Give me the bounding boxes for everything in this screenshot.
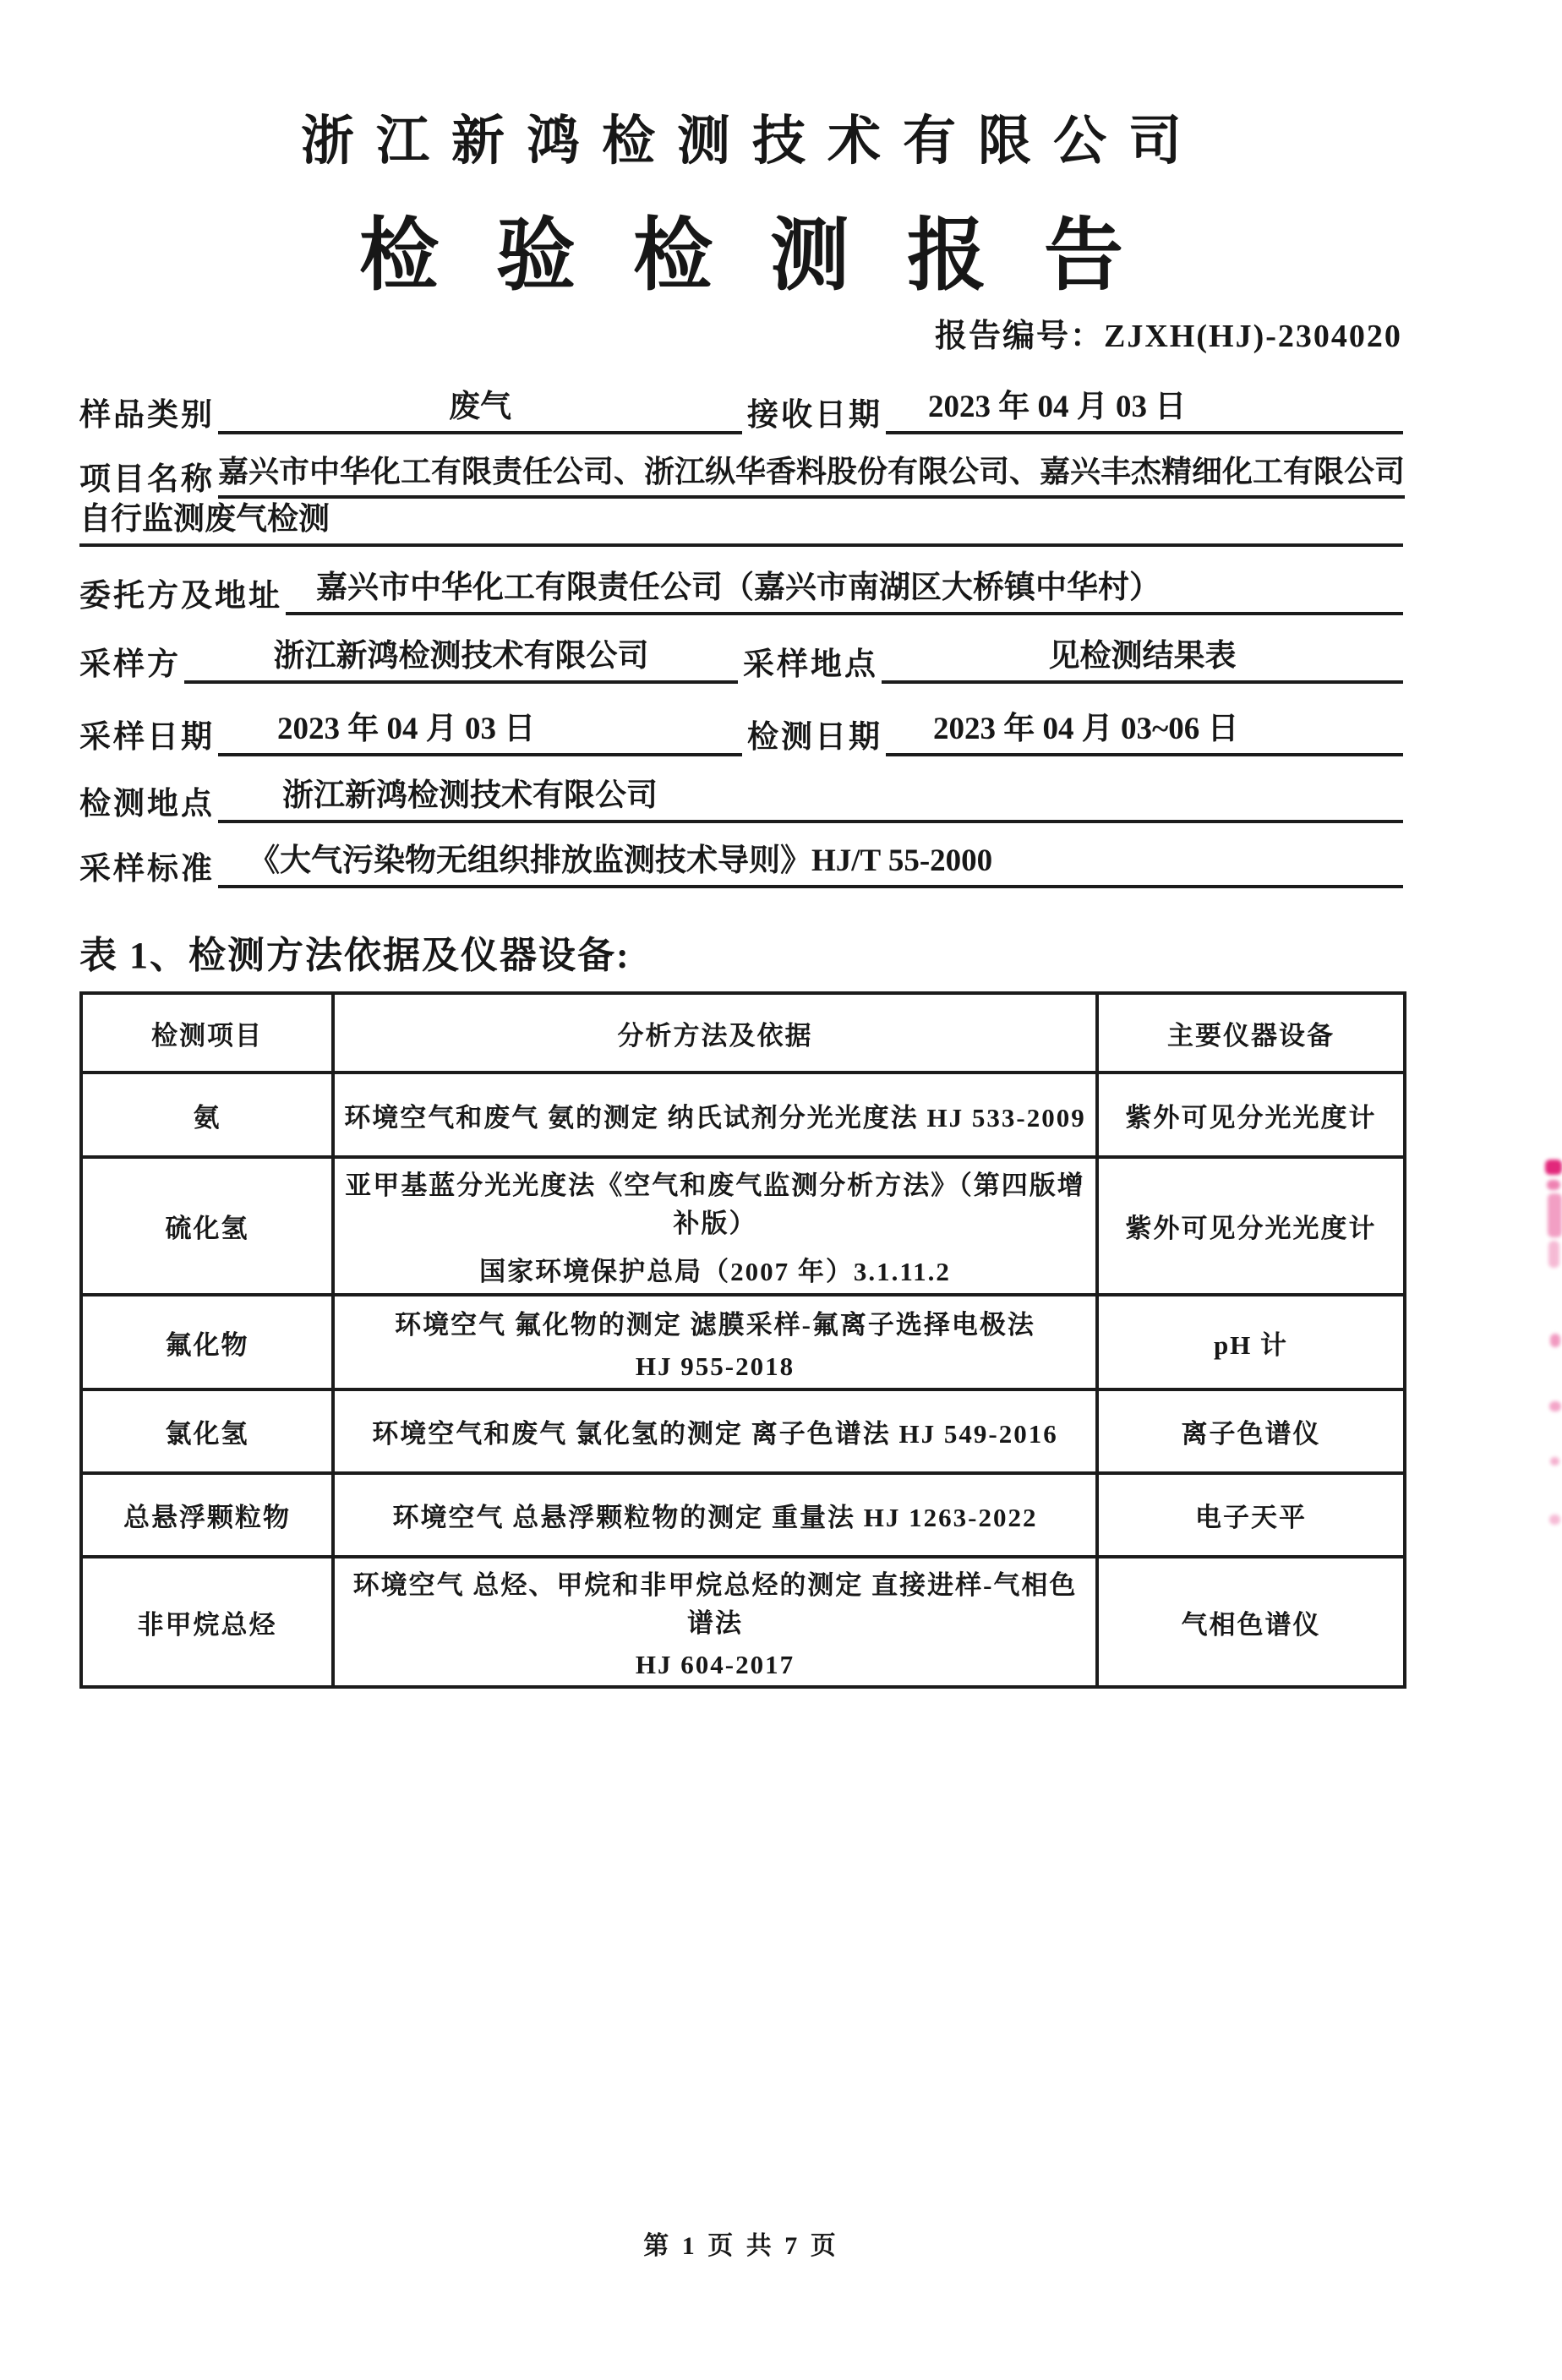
instrument-cell: 紫外可见分光光度计	[1097, 1073, 1405, 1157]
scan-edge-mark	[1549, 1515, 1560, 1525]
method-cell: 环境空气 总烃、甲烷和非甲烷总烃的测定 直接进样-气相色谱法HJ 604-201…	[333, 1557, 1097, 1687]
project-name-label: 项目名称	[79, 461, 218, 499]
method-cell: 亚甲基蓝分光光度法《空气和废气监测分析方法》（第四版增补版）国家环境保护总局（2…	[333, 1157, 1097, 1295]
field-row-standard: 采样标准 《大气污染物无组织排放监测技术导则》HJ/T 55-2000	[79, 843, 1403, 888]
sampling-date-value: 2023 年 04 月 03 日	[218, 711, 742, 756]
report-number-value: ZJXH(HJ)-2304020	[1104, 319, 1402, 354]
field-row-project-name: 项目名称 嘉兴市中华化工有限责任公司、浙江纵华香料股份有限公司、嘉兴丰杰精细化工…	[79, 454, 1403, 499]
table-row: 总悬浮颗粒物 环境空气 总悬浮颗粒物的测定 重量法 HJ 1263-2022 电…	[81, 1473, 1405, 1557]
receive-date-label: 接收日期	[747, 397, 886, 434]
method-line: 环境空气和废气 氯化氢的测定 离子色谱法 HJ 549-2016	[343, 1412, 1087, 1450]
methods-table: 检测项目 分析方法及依据 主要仪器设备 氨 环境空气和废气 氨的测定 纳氏试剂分…	[79, 991, 1406, 1689]
method-line: 环境空气和废气 氨的测定 纳氏试剂分光光度法 HJ 533-2009	[343, 1096, 1087, 1134]
col-header-method: 分析方法及依据	[333, 993, 1097, 1073]
method-line: 环境空气 总烃、甲烷和非甲烷总烃的测定 直接进样-气相色谱法	[343, 1564, 1087, 1640]
receive-date-value: 2023 年 04 月 03 日	[886, 389, 1403, 434]
test-item-cell: 非甲烷总烃	[81, 1557, 333, 1687]
field-row-client: 委托方及地址 嘉兴市中华化工有限责任公司（嘉兴市南湖区大桥镇中华村）	[79, 570, 1403, 615]
test-date-value: 2023 年 04 月 03~06 日	[886, 711, 1403, 756]
report-number: 报告编号：ZJXH(HJ)-2304020	[935, 309, 1402, 356]
instrument-cell: 离子色谱仪	[1097, 1389, 1405, 1473]
report-title: 检验检测报告	[79, 191, 1403, 305]
scan-edge-mark	[1550, 1334, 1560, 1347]
report-number-label: 报告编号：	[935, 319, 1104, 354]
company-name: 浙江新鸿检测技术有限公司	[79, 98, 1403, 175]
client-value: 嘉兴市中华化工有限责任公司（嘉兴市南湖区大桥镇中华村）	[286, 570, 1403, 615]
scan-edge-mark	[1547, 1180, 1560, 1190]
sampler-value: 浙江新鸿检测技术有限公司	[184, 638, 738, 684]
test-item-cell: 氯化氢	[81, 1389, 333, 1473]
col-header-instrument: 主要仪器设备	[1097, 993, 1405, 1073]
method-cell: 环境空气 氟化物的测定 滤膜采样-氟离子选择电极法HJ 955-2018	[333, 1295, 1097, 1389]
standard-label: 采样标准	[79, 851, 218, 888]
sampler-label: 采样方	[79, 647, 184, 684]
table-row: 硫化氢 亚甲基蓝分光光度法《空气和废气监测分析方法》（第四版增补版）国家环境保护…	[81, 1157, 1405, 1295]
col-header-test-item: 检测项目	[81, 993, 333, 1073]
test-item-cell: 氟化物	[81, 1295, 333, 1389]
table1-caption: 表 1、检测方法依据及仪器设备:	[79, 925, 631, 979]
scan-edge-mark	[1550, 1457, 1559, 1466]
sample-type-value: 废气	[218, 389, 742, 434]
client-label: 委托方及地址	[79, 578, 286, 615]
table-row: 非甲烷总烃 环境空气 总烃、甲烷和非甲烷总烃的测定 直接进样-气相色谱法HJ 6…	[81, 1557, 1405, 1687]
test-item-cell: 氨	[81, 1073, 333, 1157]
sampling-site-value: 见检测结果表	[882, 638, 1403, 684]
sample-type-label: 样品类别	[79, 397, 218, 434]
table-header-row: 检测项目 分析方法及依据 主要仪器设备	[81, 993, 1405, 1073]
scan-edge-mark	[1549, 1401, 1561, 1411]
instrument-cell: 紫外可见分光光度计	[1097, 1157, 1405, 1295]
report-page: 浙江新鸿检测技术有限公司 检验检测报告 报告编号：ZJXH(HJ)-230402…	[0, 0, 1562, 2380]
scan-edge-mark	[1548, 1241, 1559, 1268]
test-site-value: 浙江新鸿检测技术有限公司	[218, 778, 1403, 823]
test-item-cell: 硫化氢	[81, 1157, 333, 1295]
method-line: 环境空气 氟化物的测定 滤膜采样-氟离子选择电极法	[343, 1303, 1087, 1341]
test-site-label: 检测地点	[79, 786, 218, 823]
test-item-cell: 总悬浮颗粒物	[81, 1473, 333, 1557]
standard-value: 《大气污染物无组织排放监测技术导则》HJ/T 55-2000	[218, 843, 1403, 888]
project-name-value-line2: 自行监测废气检测	[79, 501, 1403, 547]
scan-edge-mark	[1548, 1193, 1562, 1237]
field-row-dates: 采样日期 2023 年 04 月 03 日 检测日期 2023 年 04 月 0…	[79, 711, 1403, 756]
project-name-value-line1: 嘉兴市中华化工有限责任公司、浙江纵华香料股份有限公司、嘉兴丰杰精细化工有限公司	[218, 454, 1405, 499]
test-date-label: 检测日期	[747, 719, 886, 756]
field-row-test-site: 检测地点 浙江新鸿检测技术有限公司	[79, 778, 1403, 823]
field-row-sample-type: 样品类别 废气 接收日期 2023 年 04 月 03 日	[79, 389, 1403, 434]
method-cell: 环境空气和废气 氨的测定 纳氏试剂分光光度法 HJ 533-2009	[333, 1073, 1097, 1157]
table-row: 氯化氢 环境空气和废气 氯化氢的测定 离子色谱法 HJ 549-2016 离子色…	[81, 1389, 1405, 1473]
field-row-project-name-cont: 自行监测废气检测	[79, 501, 1403, 547]
method-line: HJ 955-2018	[343, 1351, 1087, 1382]
field-row-sampler: 采样方 浙江新鸿检测技术有限公司 采样地点 见检测结果表	[79, 638, 1403, 684]
instrument-cell: 气相色谱仪	[1097, 1557, 1405, 1687]
page-footer: 第 1 页 共 7 页	[79, 2224, 1403, 2262]
table-row: 氨 环境空气和废气 氨的测定 纳氏试剂分光光度法 HJ 533-2009 紫外可…	[81, 1073, 1405, 1157]
method-cell: 环境空气和废气 氯化氢的测定 离子色谱法 HJ 549-2016	[333, 1389, 1097, 1473]
method-line: HJ 604-2017	[343, 1650, 1087, 1680]
method-line: 环境空气 总悬浮颗粒物的测定 重量法 HJ 1263-2022	[343, 1496, 1087, 1534]
method-cell: 环境空气 总悬浮颗粒物的测定 重量法 HJ 1263-2022	[333, 1473, 1097, 1557]
method-line: 亚甲基蓝分光光度法《空气和废气监测分析方法》（第四版增补版）	[343, 1164, 1087, 1240]
scan-edge-mark	[1545, 1160, 1562, 1175]
method-line: 国家环境保护总局（2007 年）3.1.11.2	[343, 1250, 1087, 1288]
table-row: 氟化物 环境空气 氟化物的测定 滤膜采样-氟离子选择电极法HJ 955-2018…	[81, 1295, 1405, 1389]
instrument-cell: pH 计	[1097, 1295, 1405, 1389]
instrument-cell: 电子天平	[1097, 1473, 1405, 1557]
sampling-site-label: 采样地点	[743, 647, 882, 684]
sampling-date-label: 采样日期	[79, 719, 218, 756]
